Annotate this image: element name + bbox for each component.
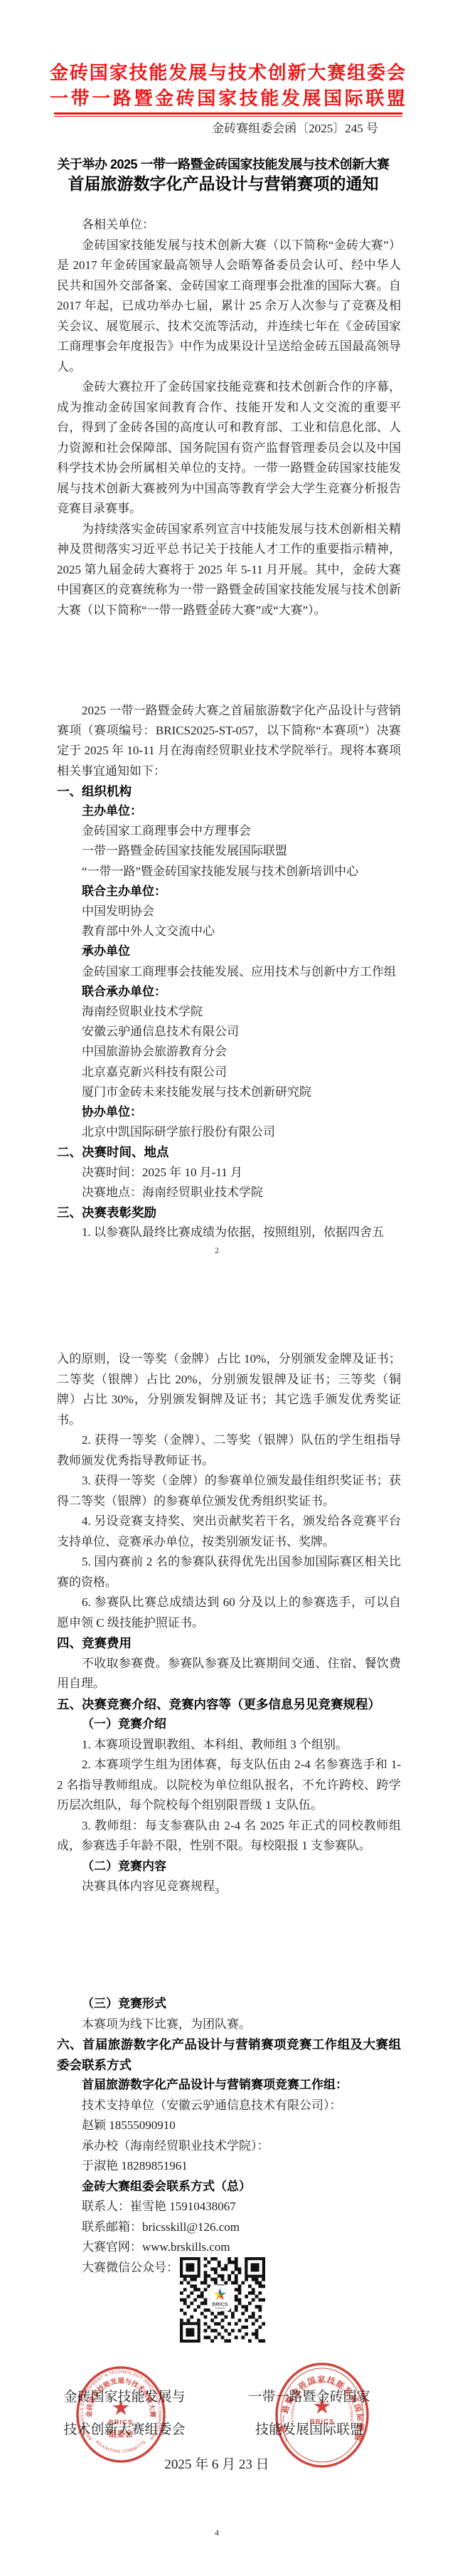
host-label: 主办单位：: [57, 801, 401, 821]
host-unit-3: “一带一路”暨金砖国家技能发展与技术创新培训中心: [57, 862, 401, 882]
letterhead: 金砖国家技能发展与技术创新大赛组委会 一带一路暨金砖国家技能发展国际联盟: [50, 60, 405, 111]
notice-title-line-2: 首届旅游数字化产品设计与营销赛项的通知: [0, 171, 446, 194]
document-number: 金砖赛组委会函〔2025〕245 号: [0, 121, 378, 137]
page-number-4: 4: [0, 2528, 434, 2538]
fee-paragraph: 不收取参赛费。参赛队参赛及比赛期间交通、住宿、餐饮费用自理。: [57, 1654, 401, 1694]
cohost-unit-2: 教育部中外人文交流中心: [57, 922, 401, 941]
committee-email: 联系邮箱：bricsskill@126.com: [57, 2217, 401, 2238]
host-school-contact: 于淑艳 18289851961: [57, 2156, 401, 2177]
event-intro-paragraph: 2025 一带一路暨金砖大赛之首届旅游数字化产品设计与营销赛项（赛项编号：BRI…: [57, 701, 401, 781]
section-heading-time-place: 二、决赛时间、地点: [57, 1142, 401, 1162]
stamp-left-star-icon: [113, 2400, 129, 2415]
support-unit-1: 北京中凯国际研学旅行股份有限公司: [57, 1122, 401, 1142]
subsection-content: （二）竞赛内容: [57, 1857, 401, 1877]
page2-body: 2025 一带一路暨金砖大赛之首届旅游数字化产品设计与营销赛项（赛项编号：BRI…: [57, 701, 401, 1242]
stamp-left-logo-text: BRICS: [109, 2419, 134, 2427]
intro-paragraph-1: 金砖国家技能发展与技术创新大赛（以下简称“金砖大赛”）是 2017 年金砖国家最…: [57, 236, 401, 378]
tech-support-contact: 赵颖 18555090910: [57, 2116, 401, 2136]
subsection-intro: （一）竞赛介绍: [57, 1714, 401, 1735]
final-place-line: 决赛地点：海南经贸职业技术学院: [57, 1183, 401, 1203]
section-heading-organization: 一、组织机构: [57, 781, 401, 801]
host-unit-1: 金砖国家工商理事会中方理事会: [57, 821, 401, 841]
tech-support-line: 技术支持单位（安徽云驴通信息技术有限公司）：: [57, 2096, 401, 2116]
letterhead-divider: [54, 112, 402, 117]
award-item-6: 6. 参赛队比赛总成绩达到 60 分及以上的参赛选手，可以自愿申领 C 级技能护…: [57, 1593, 401, 1633]
organizer-unit-1: 金砖国家工商理事会技能发展、应用技术与创新中方工作组: [57, 962, 401, 982]
organizing-committee-stamp-icon: BRICS SKILLS DEVELOPMENT & TECHNOLOGY IN…: [73, 2363, 169, 2466]
host-unit-2: 一带一路暨金砖国家技能发展国际联盟: [57, 841, 401, 861]
page-number-3: 3: [0, 1886, 434, 1896]
coorganizer-unit-2: 安徽云驴通信息技术有限公司: [57, 1022, 401, 1042]
award-item-1-start: 1. 以参赛队最终比赛成绩为依据，按照组别，依据四舍五: [57, 1223, 401, 1242]
award-item-1-continuation: 入的原则，设一等奖（金牌）占比 10%，分别颁发金牌及证书；二等奖（银牌）占比 …: [57, 1349, 401, 1430]
qr-center-brics-badge: BRICS: [210, 2286, 230, 2311]
competition-intro-item-3: 3. 教师组：每支参赛队由 2-4 名 2025 年正式的同校教师组成，参赛选手…: [57, 1816, 401, 1857]
subsection-form: （三）竞赛形式: [57, 1994, 401, 2015]
competition-intro-item-2: 2. 本赛项学生组为团体赛，每支队伍由 2-4 名参赛选手和 1-2 名指导教师…: [57, 1755, 401, 1816]
committee-contact-label: 金砖大赛组委会联系方式（总）: [57, 2177, 401, 2197]
wechat-qr-code: BRICS: [180, 2257, 265, 2343]
award-item-3: 3. 获得一等奖（金牌）的参赛单位颁发最佳组织奖证书；获得二等奖（银牌）的参赛单…: [57, 1471, 401, 1511]
letterhead-line-2: 一带一路暨金砖国家技能发展国际联盟: [50, 85, 405, 111]
coorganizer-unit-3: 中国旅游协会旅游教育分会: [57, 1042, 401, 1062]
intro-paragraph-2: 金砖大赛拉开了金砖国家技能竞赛和技术创新合作的序幕，成为推动金砖国家间教育合作、…: [57, 377, 401, 519]
stamp-right-star-icon: [314, 2398, 331, 2414]
committee-website: 大赛官网：www.brskills.com: [57, 2237, 401, 2258]
committee-contact-person: 联系人：崔雪艳 15910438067: [57, 2197, 401, 2217]
stamp-left-center-label: 组委会: [109, 2429, 134, 2439]
page-number-1: 1: [0, 598, 434, 608]
international-alliance-stamp-icon: 一带一路暨金砖国家技能发展国际联盟 INTERNATIONAL ALLIANCE…: [270, 2360, 374, 2471]
host-school-line: 承办校（海南经贸职业技术学院）：: [57, 2136, 401, 2157]
cohost-label: 联合主办单位：: [57, 882, 401, 902]
letterhead-line-1: 金砖国家技能发展与技术创新大赛组委会: [50, 60, 405, 85]
cohost-unit-1: 中国发明协会: [57, 902, 401, 922]
page4-body: （三）竞赛形式 本赛项为线下比赛，为团队赛。 六、首届旅游数字化产品设计与营销赛…: [57, 1994, 401, 2278]
qr-code-icon: BRICS: [180, 2257, 265, 2343]
organizer-label: 承办单位: [57, 941, 401, 961]
section-heading-awards: 三、决赛表彰奖励: [57, 1203, 401, 1223]
award-item-4: 4. 另设竞赛支持奖、突出贡献奖若干名，颁发给各竞赛平台支持单位、竞赛承办单位，…: [57, 1511, 401, 1552]
official-notice-document: 金砖国家技能发展与技术创新大赛组委会 一带一路暨金砖国家技能发展国际联盟 金砖赛…: [0, 0, 455, 2576]
competition-intro-item-1: 1. 本赛项设置职教组、本科组、教师组 3 个组别。: [57, 1735, 401, 1756]
final-time-line: 决赛时间：2025 年 10 月-11 月: [57, 1163, 401, 1183]
award-item-5: 5. 国内赛前 2 名的参赛队获得优先出国参加国际赛区相关比赛的资格。: [57, 1552, 401, 1593]
support-label: 协办单位：: [57, 1102, 401, 1122]
salutation: 各相关单位：: [57, 215, 401, 236]
section-heading-contact: 六、首届旅游数字化产品设计与营销赛项竞赛工作组及大赛组委会联系方式: [57, 2034, 401, 2075]
coorganizer-label: 联合承办单位：: [57, 982, 401, 1002]
section-heading-competition-info: 五、决赛竞赛介绍、竞赛内容等（更多信息另见竞赛规程）: [57, 1694, 401, 1715]
qr-logo-text: BRICS: [212, 2301, 228, 2307]
award-item-2: 2. 获得一等奖（金牌）、二等奖（银牌）队伍的学生组指导教师颁发优秀指导教师证书…: [57, 1430, 401, 1471]
workgroup-label: 首届旅游数字化产品设计与营销赛项竞赛工作组：: [57, 2075, 401, 2096]
coorganizer-unit-5: 厦门市金砖未来技能发展与技术创新研究院: [57, 1082, 401, 1102]
page1-body: 各相关单位： 金砖国家技能发展与技术创新大赛（以下简称“金砖大赛”）是 2017…: [57, 215, 401, 621]
divider-thin-line: [54, 116, 402, 117]
section-heading-fee: 四、竞赛费用: [57, 1633, 401, 1654]
divider-thick-line: [54, 112, 402, 115]
stamp-right-logo-text: BRICS: [310, 2418, 335, 2426]
coorganizer-unit-1: 海南经贸职业技术学院: [57, 1002, 401, 1022]
form-detail-line: 本赛项为线下比赛，为团队赛。: [57, 2015, 401, 2035]
coorganizer-unit-4: 北京嘉克新兴科技有限公司: [57, 1062, 401, 1082]
page3-body: 入的原则，设一等奖（金牌）占比 10%，分别颁发金牌及证书；二等奖（银牌）占比 …: [57, 1349, 401, 1897]
page-number-2: 2: [0, 1245, 434, 1256]
